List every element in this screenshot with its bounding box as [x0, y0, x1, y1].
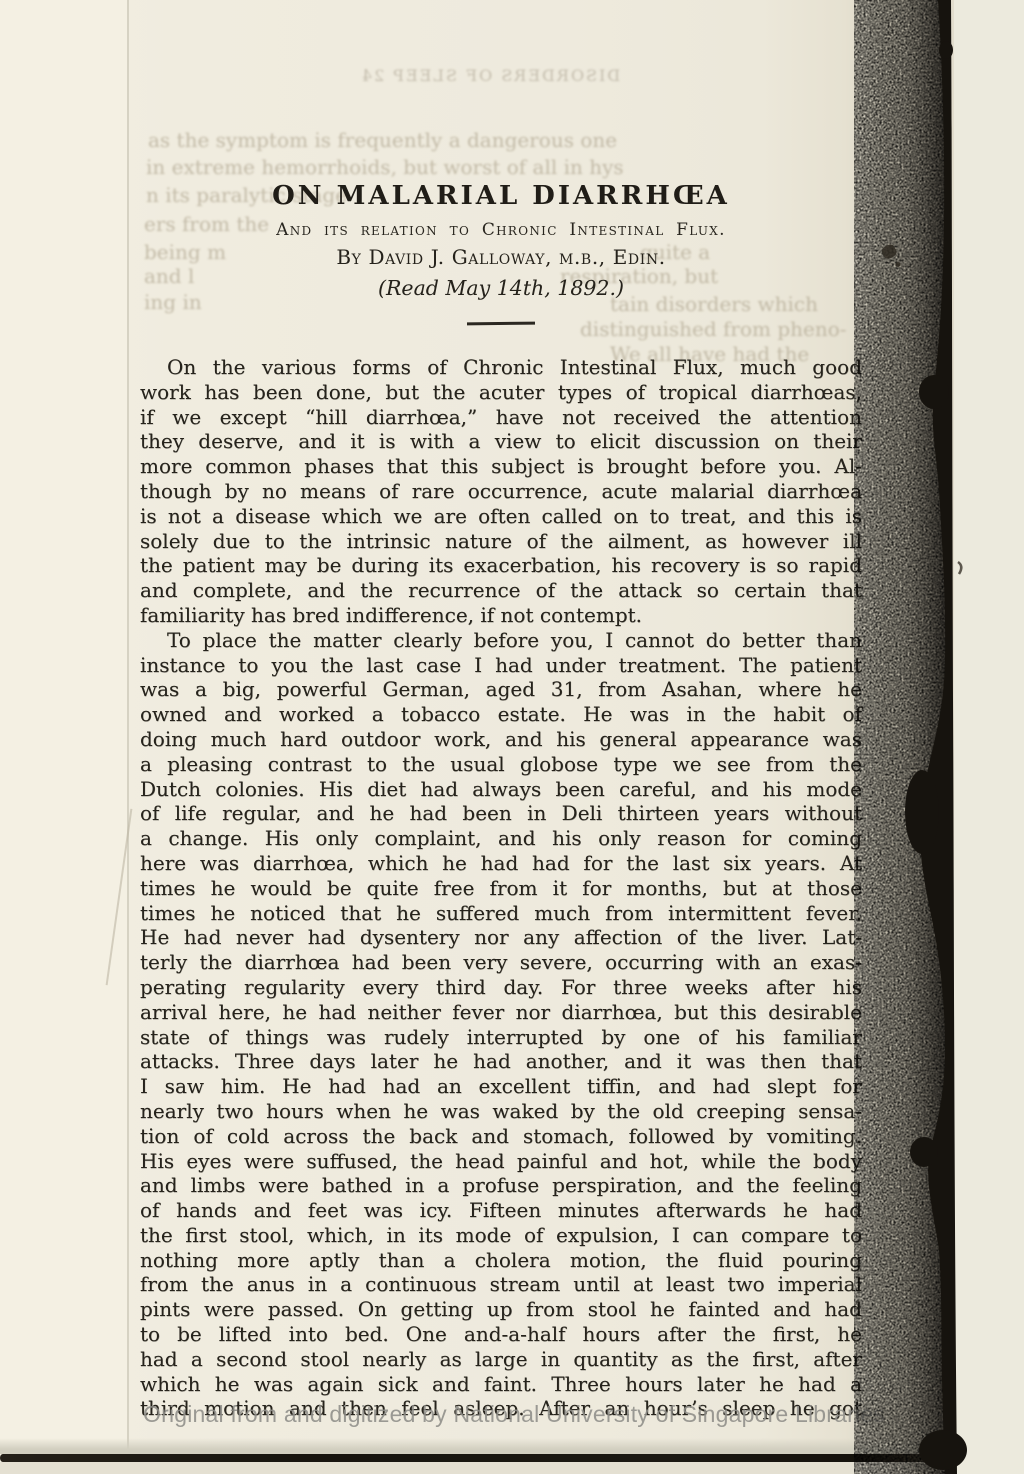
text-line: Dutch colonies. His diet had always been…	[140, 777, 862, 802]
text-line: state of things was rudely interrupted b…	[140, 1025, 862, 1050]
text-line: they deserve, and it is with a view to e…	[140, 429, 862, 454]
text-line: a pleasing contrast to the usual globose…	[140, 752, 862, 777]
text-line: He had never had dysentery nor any affec…	[140, 925, 862, 950]
text-line: to be lifted into bed. One and-a-half ho…	[140, 1322, 862, 1347]
section-divider	[467, 322, 535, 326]
text-line: To place the matter clearly before you, …	[140, 628, 862, 653]
text-line: perating regularity every third day. For…	[140, 975, 862, 1000]
text-line: work has been done, but the acuter types…	[140, 380, 862, 405]
text-line: and complete, and the recurrence of the …	[140, 578, 862, 603]
book-gutter-shadow	[854, 0, 1024, 1474]
text-line: is not a disease which we are often call…	[140, 504, 862, 529]
text-line: of hands and feet was icy. Fifteen minut…	[140, 1198, 862, 1223]
text-line: of life regular, and he had been in Deli…	[140, 801, 862, 826]
text-line: pints were passed. On getting up from st…	[140, 1297, 862, 1322]
ink-blot	[910, 1137, 938, 1167]
showthrough-fragment: as the symptom is frequently a dangerous…	[148, 128, 617, 152]
scanned-page: DISORDERS OF SLEEP 24 as the symptom is …	[0, 0, 1024, 1474]
text-line: familiarity has bred indifference, if no…	[140, 603, 862, 628]
library-watermark: Original from and digitized by National …	[143, 1401, 903, 1428]
text-line: attacks. Three days later he had another…	[140, 1049, 862, 1074]
ink-blot	[919, 375, 949, 409]
text-line: more common phases that this subject is …	[140, 454, 862, 479]
text-line: times he noticed that he suffered much f…	[140, 901, 862, 926]
page-left-margin-edge	[0, 0, 129, 1474]
showthrough-fragment: in extreme hemorrhoids, but worst of all…	[146, 155, 624, 179]
text-line: a change. His only complaint, and his on…	[140, 826, 862, 851]
showthrough-fragment: distinguished from pheno-	[580, 317, 847, 341]
text-line: nearly two hours when he was waked by th…	[140, 1099, 862, 1124]
text-line: times he would be quite free from it for…	[140, 876, 862, 901]
read-date: (Read May 14th, 1892.)	[140, 276, 862, 300]
text-line: arrival here, he had neither fever nor d…	[140, 1000, 862, 1025]
text-line: terly the diarrhœa had been very severe,…	[140, 950, 862, 975]
text-line: though by no means of rare occurrence, a…	[140, 479, 862, 504]
text-line: nothing more aptly than a cholera motion…	[140, 1248, 862, 1273]
ink-blot	[939, 41, 953, 59]
ink-blot	[919, 1430, 967, 1470]
text-line: here was diarrhœa, which he had had for …	[140, 851, 862, 876]
author-byline: By David J. Galloway, m.b., Edin.	[140, 245, 862, 269]
text-line: I saw him. He had had an excellent tiffi…	[140, 1074, 862, 1099]
article-body: On the various forms of Chronic Intestin…	[140, 355, 862, 1421]
ink-blot	[905, 770, 939, 854]
text-line: On the various forms of Chronic Intestin…	[140, 355, 862, 380]
text-line: instance to you the last case I had unde…	[140, 653, 862, 678]
text-line: the patient may be during its exacerbati…	[140, 553, 862, 578]
text-line: from the anus in a continuous stream unt…	[140, 1272, 862, 1297]
page-subtitle: And its relation to Chronic Intestinal F…	[140, 220, 862, 240]
text-line: which he was again sick and faint. Three…	[140, 1372, 862, 1397]
text-line: solely due to the intrinsic nature of th…	[140, 529, 862, 554]
text-line: was a big, powerful German, aged 31, fro…	[140, 677, 862, 702]
text-line: and limbs were bathed in a profuse persp…	[140, 1173, 862, 1198]
text-line: the first stool, which, in its mode of e…	[140, 1223, 862, 1248]
facing-page-strip	[954, 0, 1024, 1474]
text-line: His eyes were suffused, the head painful…	[140, 1149, 862, 1174]
page-title: ON MALARIAL DIARRHŒA	[140, 181, 862, 211]
text-line: if we except “hill diarrhœa,” have not r…	[140, 405, 862, 430]
text-line: tion of cold across the back and stomach…	[140, 1124, 862, 1149]
text-line: doing much hard outdoor work, and his ge…	[140, 727, 862, 752]
text-line: owned and worked a tobacco estate. He wa…	[140, 702, 862, 727]
text-line: had a second stool nearly as large in qu…	[140, 1347, 862, 1372]
